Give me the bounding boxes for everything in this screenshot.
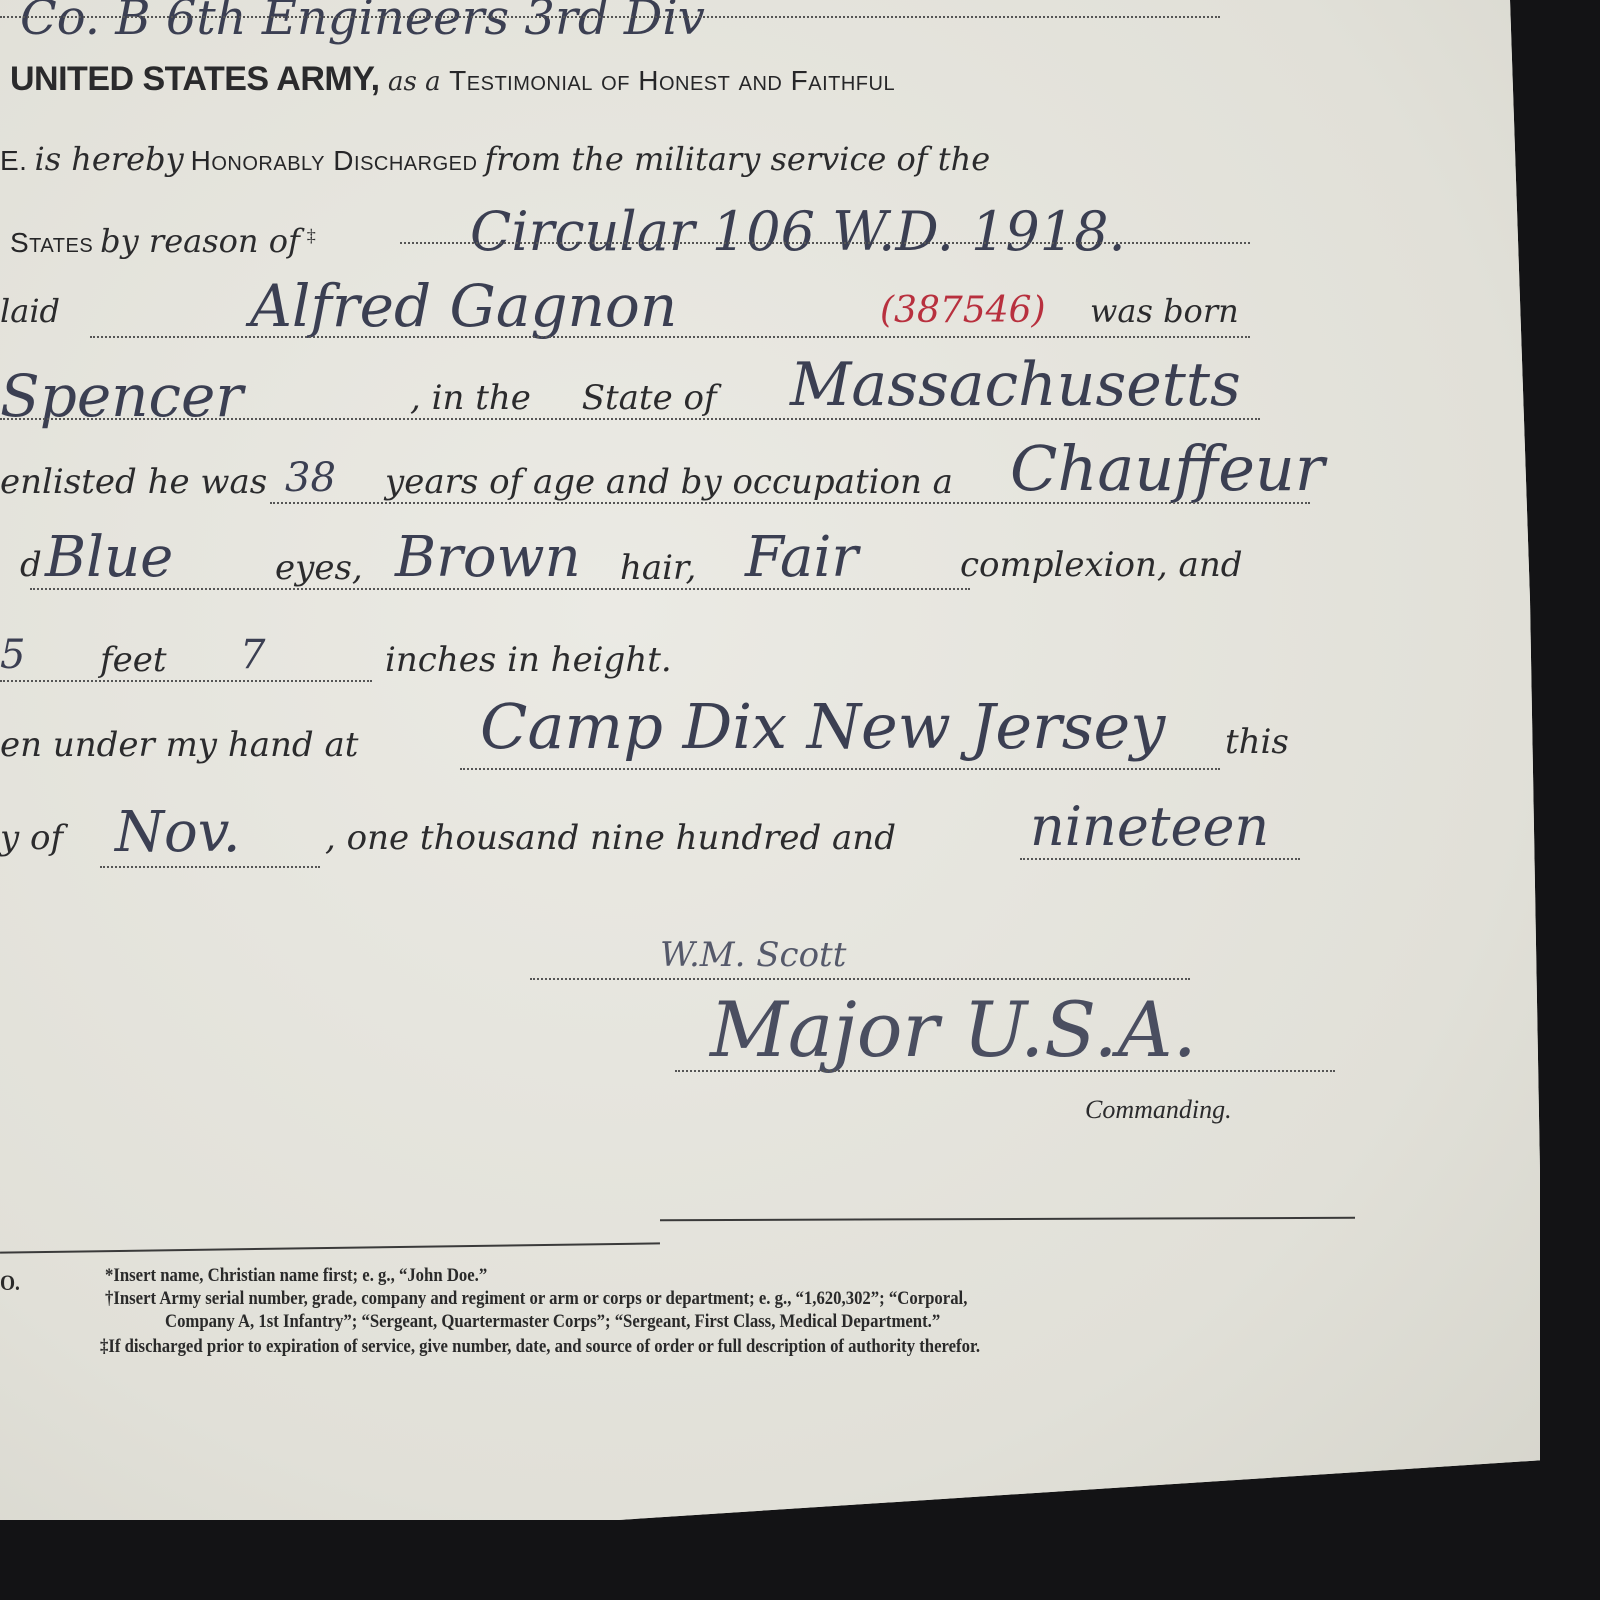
italic-text: as a [388, 67, 441, 97]
army-heading: UNITED STATES ARMY, [10, 60, 380, 98]
italic-text: , one thousand nine hundred and [325, 818, 896, 858]
complexion-value: Fair [745, 525, 858, 590]
dotted-line [100, 866, 320, 868]
italic-text: by reason of [100, 222, 300, 260]
eye-color: Blue [45, 525, 173, 590]
age-value: 38 [285, 455, 336, 501]
occupation-value: Chauffeur [1010, 432, 1324, 505]
dotted-line [0, 680, 372, 682]
italic-text: this [1225, 722, 1289, 762]
discharge-line: E. is hereby Honorably Discharged from t… [0, 140, 990, 178]
serial-number: (387546) [880, 290, 1046, 331]
officer-rank: Major U.S.A. [710, 985, 1197, 1074]
dotted-line [460, 768, 1220, 770]
footer-rule [0, 1242, 660, 1253]
height-feet: 5 [0, 632, 25, 678]
footnote-2: †Insert Army serial number, grade, compa… [105, 1288, 967, 1310]
officer-signature: W.M. Scott [660, 935, 846, 975]
discharge-year: nineteen [1030, 795, 1269, 858]
testimonial-text: Testimonial of Honest and Faithful [449, 65, 895, 96]
italic-text: enlisted he was [0, 462, 267, 502]
italic-text: inches in height. [385, 640, 672, 680]
footer-rule [660, 1217, 1355, 1221]
footnote-3: ‡If discharged prior to expiration of se… [100, 1336, 980, 1358]
italic-text: eyes, [275, 548, 363, 588]
discharge-document: Co. B 6th Engineers 3rd Div UNITED STATE… [0, 0, 1540, 1520]
italic-text: y of [0, 818, 63, 858]
unit-handwriting: Co. B 6th Engineers 3rd Div [20, 0, 705, 46]
form-mark: O. [0, 1270, 20, 1296]
commanding-label: Commanding. [1085, 1095, 1232, 1125]
discharge-month: Nov. [115, 800, 241, 865]
dotted-line [270, 502, 1310, 504]
italic-text: d [20, 545, 42, 585]
italic-text: was born [1090, 292, 1239, 330]
honorably-discharged-text: Honorably Discharged [191, 145, 478, 176]
hair-color: Brown [395, 525, 581, 590]
footnote-1: *Insert name, Christian name first; e. g… [105, 1265, 487, 1287]
dotted-line [0, 16, 1220, 18]
italic-text: en under my hand at [0, 725, 358, 765]
testimonial-line: UNITED STATES ARMY, as a Testimonial of … [10, 60, 895, 99]
reason-line: States by reason of ‡ [10, 222, 316, 260]
prefix-text: E. [0, 145, 27, 176]
discharge-place: Camp Dix New Jersey [480, 690, 1165, 763]
italic-text: feet [100, 640, 167, 680]
dotted-line [400, 242, 1250, 244]
dotted-line [30, 588, 970, 590]
italic-text: laid [0, 292, 60, 330]
italic-text: , in the State of [410, 378, 717, 418]
italic-text: from the military service of the [484, 140, 990, 178]
dotted-line [1020, 858, 1300, 860]
height-inches: 7 [240, 632, 265, 678]
dotted-line [90, 336, 1250, 338]
footnote-2-cont: Company A, 1st Infantry”; “Sergeant, Qua… [165, 1311, 940, 1333]
italic-text: complexion, and [960, 545, 1242, 585]
italic-text: hair, [620, 548, 696, 588]
dotted-line [0, 418, 1260, 420]
birth-state: Massachusetts [790, 350, 1241, 420]
states-text: States [10, 227, 93, 258]
italic-text: is hereby [34, 140, 183, 178]
italic-text: years of age and by occupation a [385, 462, 953, 502]
footnote-mark: ‡ [307, 226, 316, 246]
reason-handwriting: Circular 106 W.D. 1918. [470, 200, 1126, 263]
signature-line [530, 978, 1190, 980]
rank-line [675, 1070, 1335, 1072]
soldier-name: Alfred Gagnon [250, 272, 677, 340]
